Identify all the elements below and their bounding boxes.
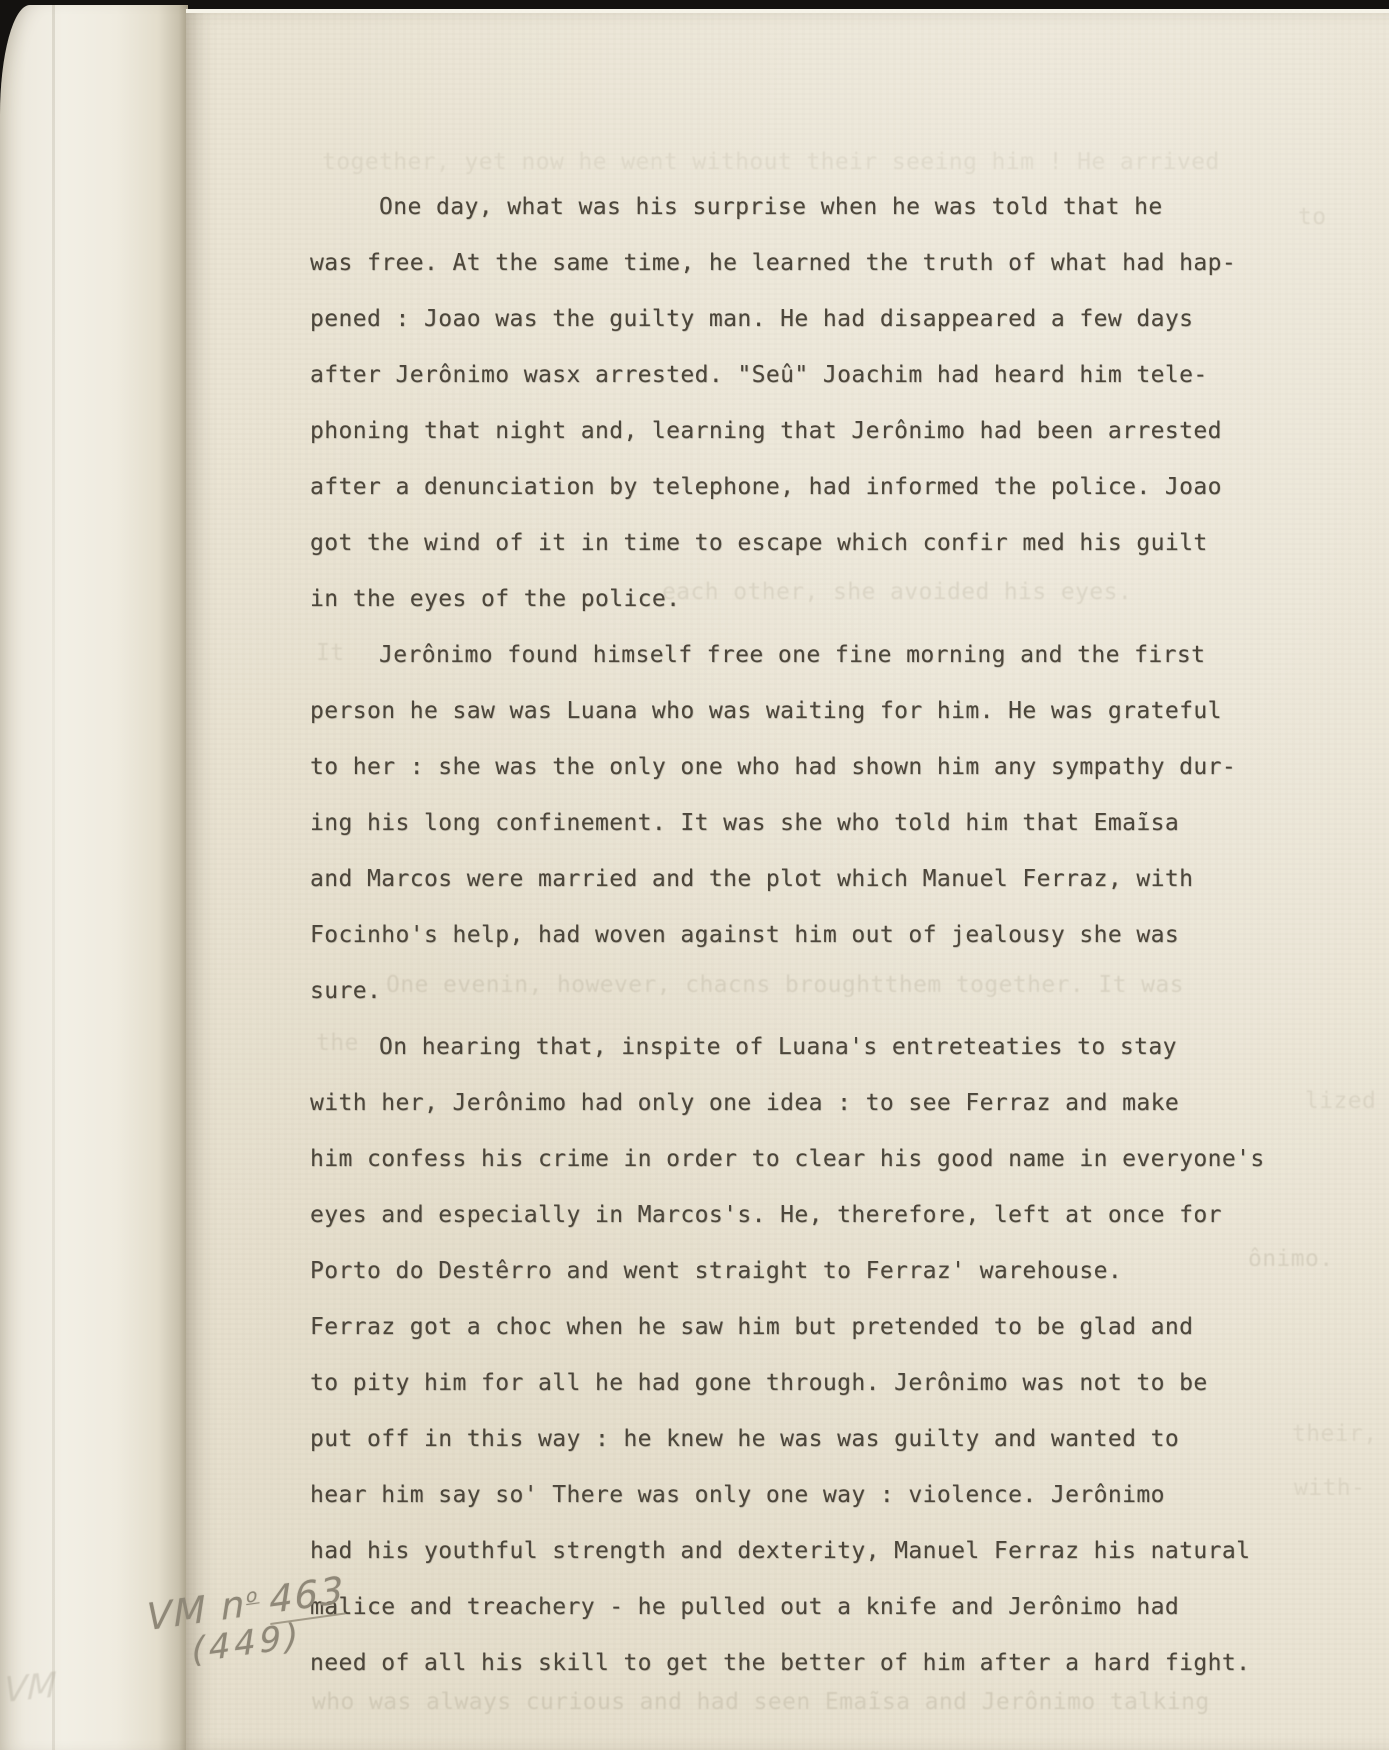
previous-page-curled-edge <box>0 5 188 1750</box>
typed-line: Porto do Destêrro and went straight to F… <box>310 1243 1265 1299</box>
typed-line: Ferraz got a choc when he saw him but pr… <box>310 1299 1265 1355</box>
typed-line: One day, what was his surprise when he w… <box>310 179 1265 235</box>
typed-line: after Jerônimo wasx arrested. "Seû" Joac… <box>310 347 1265 403</box>
typed-line: had his youthful strength and dexterity,… <box>310 1523 1265 1579</box>
typed-line: need of all his skill to get the better … <box>310 1635 1265 1691</box>
typed-line: eyes and especially in Marcos's. He, the… <box>310 1187 1265 1243</box>
typed-line: malice and treachery - he pulled out a k… <box>310 1579 1265 1635</box>
typed-line: sure. <box>310 963 1265 1019</box>
typed-line: to pity him for all he had gone through.… <box>310 1355 1265 1411</box>
note-n: n <box>220 1582 247 1629</box>
typed-line: got the wind of it in time to escape whi… <box>310 515 1265 571</box>
typed-line: put off in this way : he knew he was was… <box>310 1411 1265 1467</box>
typed-line: hear him say so' There was only one way … <box>310 1467 1265 1523</box>
typed-line: phoning that night and, learning that Je… <box>310 403 1265 459</box>
note-degree-sign: o <box>246 1585 260 1608</box>
typed-line: and Marcos were married and the plot whi… <box>310 851 1265 907</box>
typed-line: with her, Jerônimo had only one idea : t… <box>310 1075 1265 1131</box>
typed-line: after a denunciation by telephone, had i… <box>310 459 1265 515</box>
typed-line: pened : Joao was the guilty man. He had … <box>310 291 1265 347</box>
pencil-bleed-mark: VM <box>3 1665 57 1711</box>
scanned-manuscript: together, yet now he went without their … <box>0 0 1389 1750</box>
typed-text: One day, what was his surprise when he w… <box>310 179 1265 1691</box>
typed-line: was free. At the same time, he learned t… <box>310 235 1265 291</box>
typed-line: Focinho's help, had woven against him ou… <box>310 907 1265 963</box>
typed-line: to her : she was the only one who had sh… <box>310 739 1265 795</box>
typed-line: ing his long confinement. It was she who… <box>310 795 1265 851</box>
typed-line: in the eyes of the police. <box>310 571 1265 627</box>
typed-line: him confess his crime in order to clear … <box>310 1131 1265 1187</box>
typed-line: Jerônimo found himself free one fine mor… <box>310 627 1265 683</box>
typed-line: person he saw was Luana who was waiting … <box>310 683 1265 739</box>
typed-line: On hearing that, inspite of Luana's entr… <box>310 1019 1265 1075</box>
